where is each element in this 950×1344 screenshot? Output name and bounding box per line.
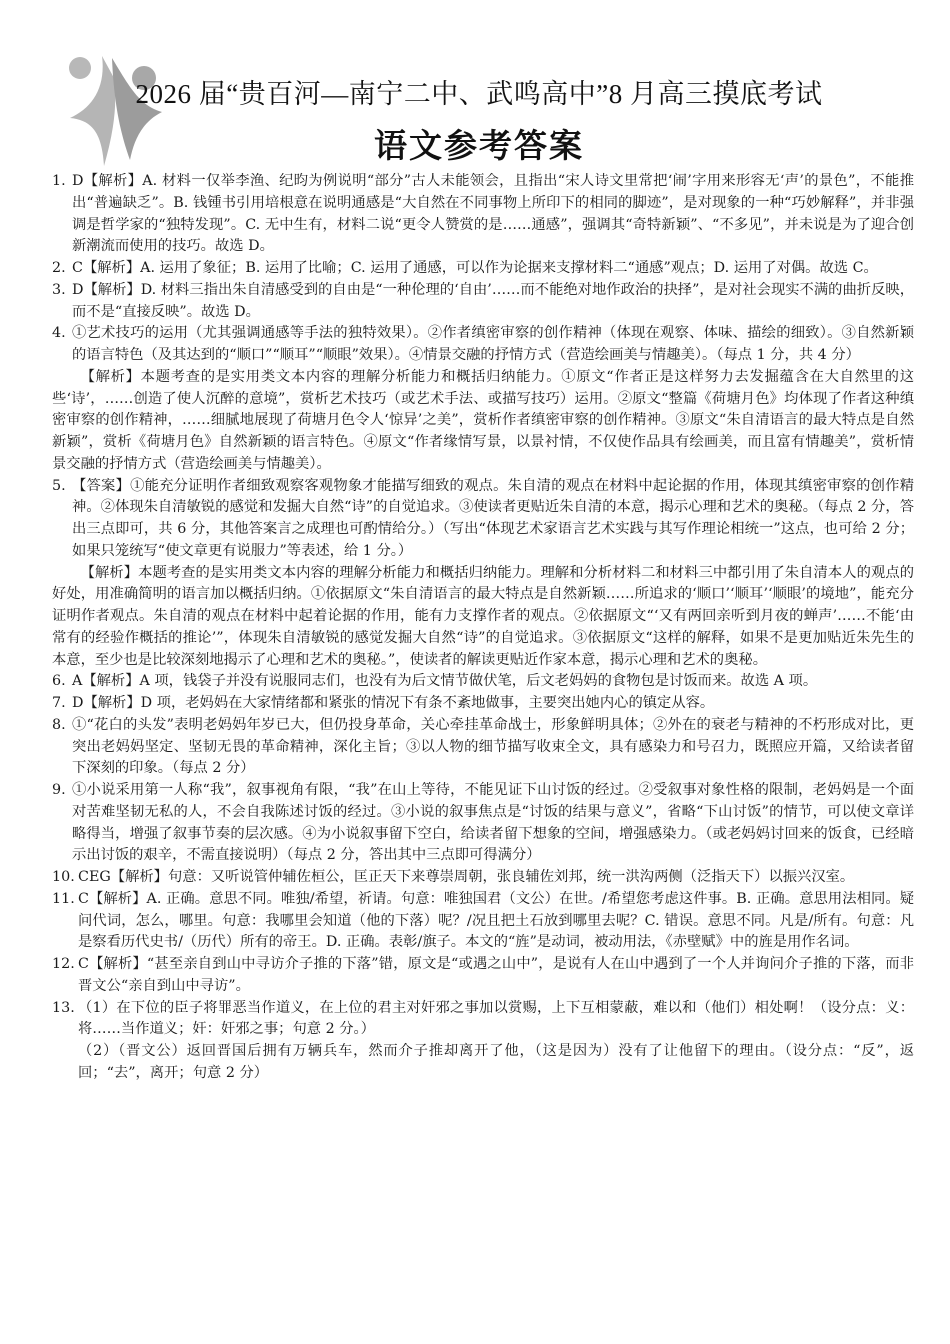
answer-item-9: 9. ①小说采用第一人称“我”，叙事视角有限，“我”在山上等待，不能见证下山讨饭… — [52, 780, 914, 867]
answer-item-4: 4. ①艺术技巧的运用（尤其强调通感等手法的独特效果）。②作者缜密审察的创作精神… — [52, 323, 914, 475]
answer-item-10: 10. CEG【解析】句意：又听说管仲辅佐桓公，匡正天下来尊崇周朝，张良辅佐刘邦… — [52, 867, 914, 889]
answer-number: 6. — [52, 671, 66, 693]
answer-number: 3. — [52, 280, 66, 302]
answer-list: 1. D【解析】A. 材料一仅举李渔、纪昀为例说明“部分”古人未能领会，且指出“… — [52, 171, 914, 1085]
answer-item-8: 8. ①“花白的头发”表明老妈妈年岁已大，但仍投身革命，关心牵挂革命战士，形象鲜… — [52, 715, 914, 780]
answer-item-2: 2. C【解析】A. 运用了象征；B. 运用了比喻；C. 运用了通感，可以作为论… — [52, 258, 914, 280]
answer-number: 4. — [52, 323, 66, 345]
answer-text: D【解析】D 项，老妈妈在大家情绪都和紧张的情况下有条不紊地做事，主要突出她内心… — [72, 693, 914, 715]
answer-item-6: 6. A【解析】A 项，钱袋子并没有说服同志们，也没有为后文情节做伏笔，后文老妈… — [52, 671, 914, 693]
document-title: 语文参考答案 — [0, 124, 950, 168]
answer-item-7: 7. D【解析】D 项，老妈妈在大家情绪都和紧张的情况下有条不紊地做事，主要突出… — [52, 693, 914, 715]
answer-item-1: 1. D【解析】A. 材料一仅举李渔、纪昀为例说明“部分”古人未能领会，且指出“… — [52, 171, 914, 258]
answer-number: 9. — [52, 780, 66, 802]
answer-number: 8. — [52, 715, 66, 737]
answer-number: 10. — [52, 867, 75, 889]
answer-text: C【解析】A. 正确。意思不同。唯独/希望，祈请。句意：唯独国君（文公）在世。/… — [78, 889, 914, 954]
answer-text: D【解析】D. 材料三指出朱自清感受到的自由是“一种伦理的‘自由’……而不能绝对… — [72, 280, 914, 324]
answer-part-2: （2）（晋文公）返回晋国后拥有万辆兵车，然而介子推却离开了他，（这是因为）没有了… — [78, 1041, 914, 1085]
exam-title: 2026 届“贵百河—南宁二中、武鸣高中”8 月高三摸底考试 — [0, 76, 950, 112]
answer-item-3: 3. D【解析】D. 材料三指出朱自清感受到的自由是“一种伦理的‘自由’……而不… — [52, 280, 914, 324]
answer-text: ①“花白的头发”表明老妈妈年岁已大，但仍投身革命，关心牵挂革命战士，形象鲜明具体… — [72, 715, 914, 780]
answer-number: 7. — [52, 693, 66, 715]
answer-number: 1. — [52, 171, 66, 193]
answer-number: 2. — [52, 258, 66, 280]
answer-number: 11. — [52, 889, 75, 911]
answer-part-1: （1）在下位的臣子将罪恶当作道义，在上位的君主对奸邪之事加以赏赐，上下互相蒙蔽，… — [78, 998, 914, 1042]
answer-text: D【解析】A. 材料一仅举李渔、纪昀为例说明“部分”古人未能领会，且指出“宋人诗… — [72, 171, 914, 258]
answer-text: CEG【解析】句意：又听说管仲辅佐桓公，匡正天下来尊崇周朝，张良辅佐刘邦，统一洪… — [78, 867, 914, 889]
answer-number: 5. — [52, 476, 66, 498]
answer-item-5: 5. 【答案】①能充分证明作者细致观察客观物象才能描写细致的观点。朱自清的观点在… — [52, 476, 914, 672]
answer-text: ①小说采用第一人称“我”，叙事视角有限，“我”在山上等待，不能见证下山讨饭的经过… — [72, 780, 914, 867]
answer-analysis: 【解析】本题考查的是实用类文本内容的理解分析能力和概括归纳能力。理解和分析材料二… — [52, 563, 914, 672]
answer-text: C【解析】“甚至亲自到山中寻访介子推的下落”错，原文是“或遇之山中”，是说有人在… — [78, 954, 914, 998]
answer-item-12: 12. C【解析】“甚至亲自到山中寻访介子推的下落”错，原文是“或遇之山中”，是… — [52, 954, 914, 998]
answer-number: 12. — [52, 954, 75, 976]
answer-item-13: 13. （1）在下位的臣子将罪恶当作道义，在上位的君主对奸邪之事加以赏赐，上下互… — [52, 998, 914, 1085]
answer-analysis: 【解析】本题考查的是实用类文本内容的理解分析能力和概括归纳能力。①原文“作者正是… — [52, 367, 914, 476]
answer-text: A【解析】A 项，钱袋子并没有说服同志们，也没有为后文情节做伏笔，后文老妈妈的食… — [72, 671, 914, 693]
answer-text: 【答案】①能充分证明作者细致观察客观物象才能描写细致的观点。朱自清的观点在材料中… — [72, 476, 914, 563]
answer-text: ①艺术技巧的运用（尤其强调通感等手法的独特效果）。②作者缜密审察的创作精神（体现… — [72, 323, 914, 367]
answer-number: 13. — [52, 998, 75, 1020]
answer-text: C【解析】A. 运用了象征；B. 运用了比喻；C. 运用了通感，可以作为论据来支… — [72, 258, 914, 280]
answer-item-11: 11. C【解析】A. 正确。意思不同。唯独/希望，祈请。句意：唯独国君（文公）… — [52, 889, 914, 954]
